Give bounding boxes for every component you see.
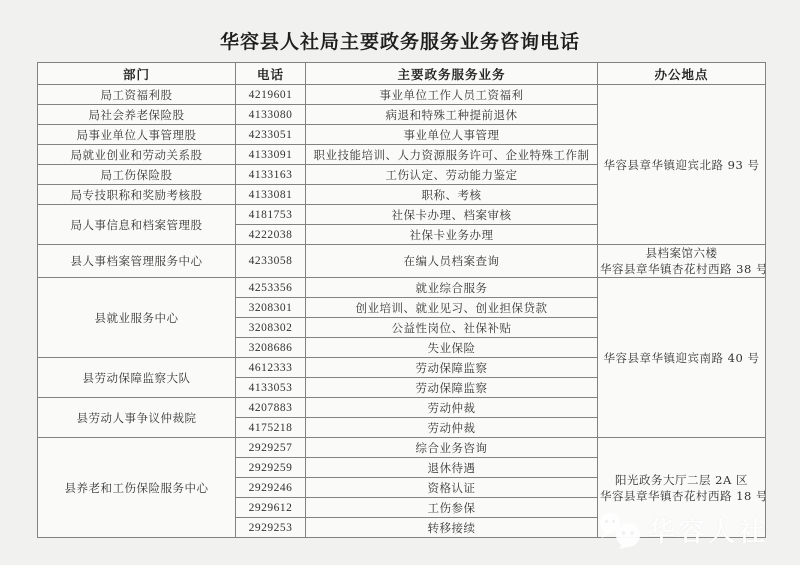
table-header-row: 部门电话主要政务服务业务办公地点 (38, 63, 766, 85)
department-cell: 县劳动保障监察大队 (38, 358, 236, 398)
phone-cell: 4133080 (236, 105, 306, 125)
phone-cell: 4175218 (236, 418, 306, 438)
phone-cell: 4612333 (236, 358, 306, 378)
location-cell: 华容县章华镇迎宾南路 40 号 (598, 278, 766, 438)
service-cell: 资格认证 (306, 478, 598, 498)
location-line: 县档案馆六楼 (600, 245, 763, 261)
service-cell: 劳动仲裁 (306, 398, 598, 418)
service-cell: 在编人员档案查询 (306, 245, 598, 278)
location-line: 阳光政务大厅二层 2A 区 (600, 472, 763, 488)
service-cell: 事业单位工作人员工资福利 (306, 85, 598, 105)
department-cell: 局事业单位人事管理股 (38, 125, 236, 145)
service-cell: 综合业务咨询 (306, 438, 598, 458)
phone-cell: 4133091 (236, 145, 306, 165)
phone-cell: 4253356 (236, 278, 306, 298)
service-cell: 就业综合服务 (306, 278, 598, 298)
header-cell: 部门 (38, 63, 236, 85)
phone-cell: 4222038 (236, 225, 306, 245)
phone-cell: 2929253 (236, 518, 306, 538)
document-page: 华容县人社局主要政务服务业务咨询电话 部门电话主要政务服务业务办公地点 局工资福… (0, 0, 800, 565)
header-cell: 电话 (236, 63, 306, 85)
phone-cell: 2929246 (236, 478, 306, 498)
department-cell: 局社会养老保险股 (38, 105, 236, 125)
service-cell: 职称、考核 (306, 185, 598, 205)
phone-cell: 2929257 (236, 438, 306, 458)
phone-cell: 3208686 (236, 338, 306, 358)
service-cell: 劳动仲裁 (306, 418, 598, 438)
location-cell: 县档案馆六楼华容县章华镇杏花村西路 38 号 (598, 245, 766, 278)
table-row: 县养老和工伤保险服务中心2929257综合业务咨询阳光政务大厅二层 2A 区华容… (38, 438, 766, 458)
table-row: 县人事档案管理服务中心4233058在编人员档案查询县档案馆六楼华容县章华镇杏花… (38, 245, 766, 278)
department-cell: 局工伤保险股 (38, 165, 236, 185)
location-cell: 阳光政务大厅二层 2A 区华容县章华镇杏花村西路 18 号 (598, 438, 766, 538)
location-line: 华容县章华镇迎宾北路 93 号 (600, 157, 763, 173)
phone-cell: 4233058 (236, 245, 306, 278)
phone-cell: 4133081 (236, 185, 306, 205)
service-cell: 退休待遇 (306, 458, 598, 478)
department-cell: 局工资福利股 (38, 85, 236, 105)
department-cell: 县劳动人事争议仲裁院 (38, 398, 236, 438)
service-cell: 创业培训、就业见习、创业担保贷款 (306, 298, 598, 318)
service-cell: 事业单位人事管理 (306, 125, 598, 145)
service-cell: 职业技能培训、人力资源服务许可、企业特殊工作制 (306, 145, 598, 165)
phone-cell: 4133163 (236, 165, 306, 185)
phone-cell: 3208302 (236, 318, 306, 338)
phone-cell: 4233051 (236, 125, 306, 145)
phone-cell: 4181753 (236, 205, 306, 225)
phone-directory-table: 部门电话主要政务服务业务办公地点 局工资福利股4219601事业单位工作人员工资… (37, 62, 766, 538)
service-cell: 劳动保障监察 (306, 358, 598, 378)
department-cell: 县养老和工伤保险服务中心 (38, 438, 236, 538)
department-cell: 局人事信息和档案管理股 (38, 205, 236, 245)
phone-cell: 4207883 (236, 398, 306, 418)
service-cell: 劳动保障监察 (306, 378, 598, 398)
service-cell: 公益性岗位、社保补贴 (306, 318, 598, 338)
service-cell: 工伤认定、劳动能力鉴定 (306, 165, 598, 185)
service-cell: 失业保险 (306, 338, 598, 358)
table-row: 局工资福利股4219601事业单位工作人员工资福利华容县章华镇迎宾北路 93 号 (38, 85, 766, 105)
service-cell: 社保卡办理、档案审核 (306, 205, 598, 225)
location-line: 华容县章华镇迎宾南路 40 号 (600, 350, 763, 366)
location-line: 华容县章华镇杏花村西路 38 号 (600, 261, 763, 277)
phone-cell: 3208301 (236, 298, 306, 318)
service-cell: 工伤参保 (306, 498, 598, 518)
phone-cell: 4219601 (236, 85, 306, 105)
service-cell: 病退和特殊工种提前退休 (306, 105, 598, 125)
phone-cell: 2929259 (236, 458, 306, 478)
service-cell: 转移接续 (306, 518, 598, 538)
phone-cell: 2929612 (236, 498, 306, 518)
department-cell: 局就业创业和劳动关系股 (38, 145, 236, 165)
department-cell: 县人事档案管理服务中心 (38, 245, 236, 278)
header-cell: 主要政务服务业务 (306, 63, 598, 85)
phone-table-body: 局工资福利股4219601事业单位工作人员工资福利华容县章华镇迎宾北路 93 号… (38, 85, 766, 538)
department-cell: 县就业服务中心 (38, 278, 236, 358)
location-line: 华容县章华镇杏花村西路 18 号 (600, 488, 763, 504)
phone-cell: 4133053 (236, 378, 306, 398)
service-cell: 社保卡业务办理 (306, 225, 598, 245)
header-cell: 办公地点 (598, 63, 766, 85)
table-row: 县就业服务中心4253356就业综合服务华容县章华镇迎宾南路 40 号 (38, 278, 766, 298)
department-cell: 局专技职称和奖励考核股 (38, 185, 236, 205)
page-title: 华容县人社局主要政务服务业务咨询电话 (0, 27, 800, 54)
location-cell: 华容县章华镇迎宾北路 93 号 (598, 85, 766, 245)
